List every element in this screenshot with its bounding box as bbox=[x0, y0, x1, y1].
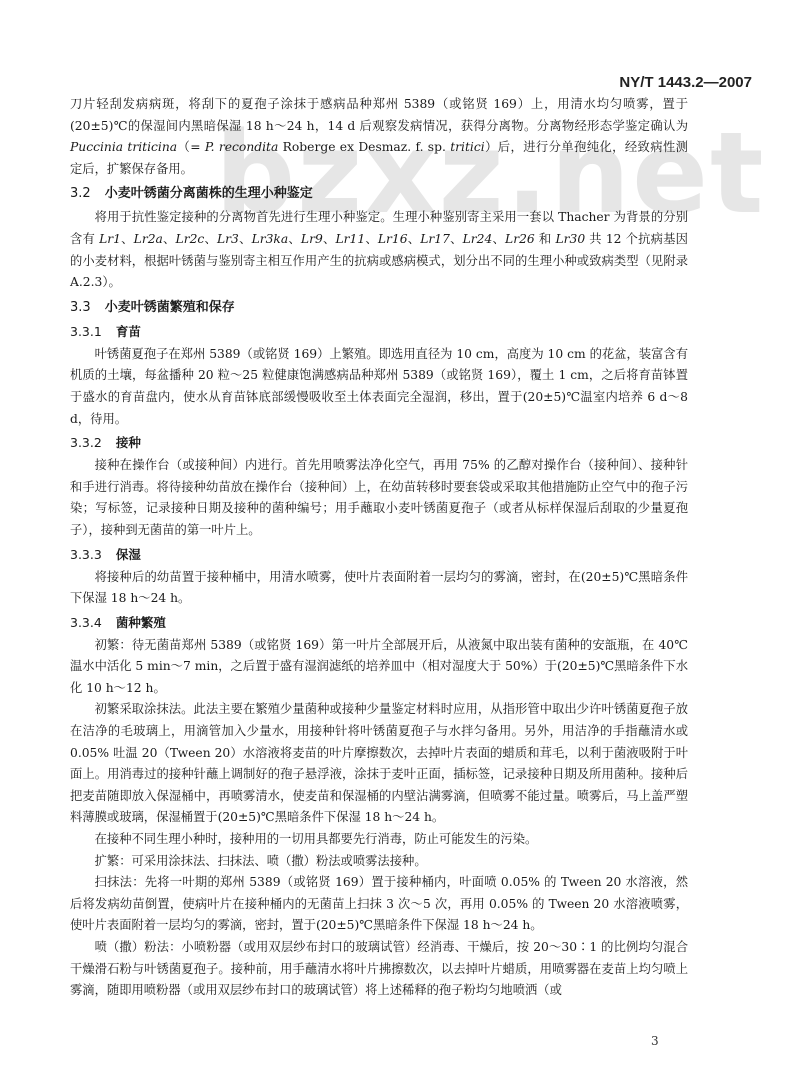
gene-name: Lr30 bbox=[555, 232, 585, 246]
paragraph: 初繁：待无菌苗郑州 5389（或铭贤 169）第一叶片全部展开后，从液氮中取出装… bbox=[70, 635, 688, 700]
section-number: 3.3.2 bbox=[70, 435, 102, 450]
section-number: 3.3.1 bbox=[70, 324, 102, 339]
page-number: 3 bbox=[651, 1034, 659, 1048]
section-title: 菌种繁殖 bbox=[116, 615, 166, 630]
paragraph-text: Roberge ex Desmaz. f. sp. bbox=[278, 140, 450, 154]
section-heading-3-3-4: 3.3.4菌种繁殖 bbox=[70, 612, 688, 634]
section-number: 3.2 bbox=[70, 186, 91, 201]
paragraph-text: 刀片轻刮发病病斑，将刮下的夏孢子涂抹于感病品种郑州 5389（或铭贤 169）上… bbox=[70, 97, 688, 133]
section-number: 3.3.4 bbox=[70, 615, 102, 630]
paragraph: 喷（撒）粉法：小喷粉器（或用双层纱布封口的玻璃试管）经消毒、干燥后，按 20～3… bbox=[70, 937, 688, 1002]
paragraph: 将用于抗性鉴定接种的分离物首先进行生理小种鉴定。生理小种鉴别寄主采用一套以 Th… bbox=[70, 207, 688, 293]
paragraph: 在接种不同生理小种时，接种用的一切用具都要先行消毒，防止可能发生的污染。 bbox=[70, 829, 688, 851]
species-name: tritici bbox=[450, 140, 484, 154]
section-heading-3-2: 3.2小麦叶锈菌分离菌株的生理小种鉴定 bbox=[70, 183, 688, 205]
gene-name: Lr3ka bbox=[252, 232, 289, 246]
paragraph: 将接种后的幼苗置于接种桶中，用清水喷雾，使叶片表面附着一层均匀的雾滴，密封，在(… bbox=[70, 567, 688, 610]
gene-name: Lr9 bbox=[301, 232, 323, 246]
gene-name: Lr24 bbox=[463, 232, 493, 246]
paragraph: 初繁采取涂抹法。此法主要在繁殖少量菌种或接种少量鉴定材料时应用，从指形管中取出少… bbox=[70, 699, 688, 829]
gene-name: Lr2c bbox=[176, 232, 205, 246]
gene-name: Lr1 bbox=[99, 232, 121, 246]
species-name: P. recondita bbox=[205, 140, 278, 154]
paragraph: 扩繁：可采用涂抹法、扫抹法、喷（撒）粉法或喷雾法接种。 bbox=[70, 851, 688, 873]
continuation-paragraph: 刀片轻刮发病病斑，将刮下的夏孢子涂抹于感病品种郑州 5389（或铭贤 169）上… bbox=[70, 94, 688, 180]
gene-name: Lr11 bbox=[335, 232, 365, 246]
section-title: 小麦叶锈菌分离菌株的生理小种鉴定 bbox=[105, 186, 313, 201]
section-number: 3.3 bbox=[70, 300, 91, 315]
section-title: 接种 bbox=[116, 435, 141, 450]
gene-name: Lr16 bbox=[378, 232, 408, 246]
paragraph-text: （= bbox=[177, 140, 205, 154]
species-name: Puccinia triticina bbox=[70, 140, 177, 154]
section-heading-3-3-2: 3.3.2接种 bbox=[70, 432, 688, 454]
section-heading-3-3-3: 3.3.3保湿 bbox=[70, 544, 688, 566]
section-heading-3-3-1: 3.3.1育苗 bbox=[70, 321, 688, 343]
section-title: 小麦叶锈菌繁殖和保存 bbox=[105, 300, 235, 315]
paragraph: 接种在操作台（或接种间）内进行。首先用喷雾法净化空气，再用 75% 的乙醇对操作… bbox=[70, 455, 688, 541]
gene-name: Lr3 bbox=[217, 232, 239, 246]
standard-code-header: NY/T 1443.2—2007 bbox=[619, 74, 752, 91]
section-heading-3-3: 3.3小麦叶锈菌繁殖和保存 bbox=[70, 297, 688, 319]
gene-name: Lr2a bbox=[134, 232, 163, 246]
gene-name: Lr17 bbox=[420, 232, 450, 246]
paragraph: 叶锈菌夏孢子在郑州 5389（或铭贤 169）上繁殖。即选用直径为 10 cm，… bbox=[70, 344, 688, 430]
section-number: 3.3.3 bbox=[70, 547, 102, 562]
paragraph-text: 和 bbox=[539, 232, 552, 246]
section-title: 保湿 bbox=[116, 547, 141, 562]
section-title: 育苗 bbox=[116, 324, 141, 339]
document-body: 刀片轻刮发病病斑，将刮下的夏孢子涂抹于感病品种郑州 5389（或铭贤 169）上… bbox=[70, 94, 688, 1002]
paragraph: 扫抹法：先将一叶期的郑州 5389（或铭贤 169）置于接种桶内，叶面喷 0.0… bbox=[70, 872, 688, 937]
gene-name: Lr26 bbox=[505, 232, 535, 246]
